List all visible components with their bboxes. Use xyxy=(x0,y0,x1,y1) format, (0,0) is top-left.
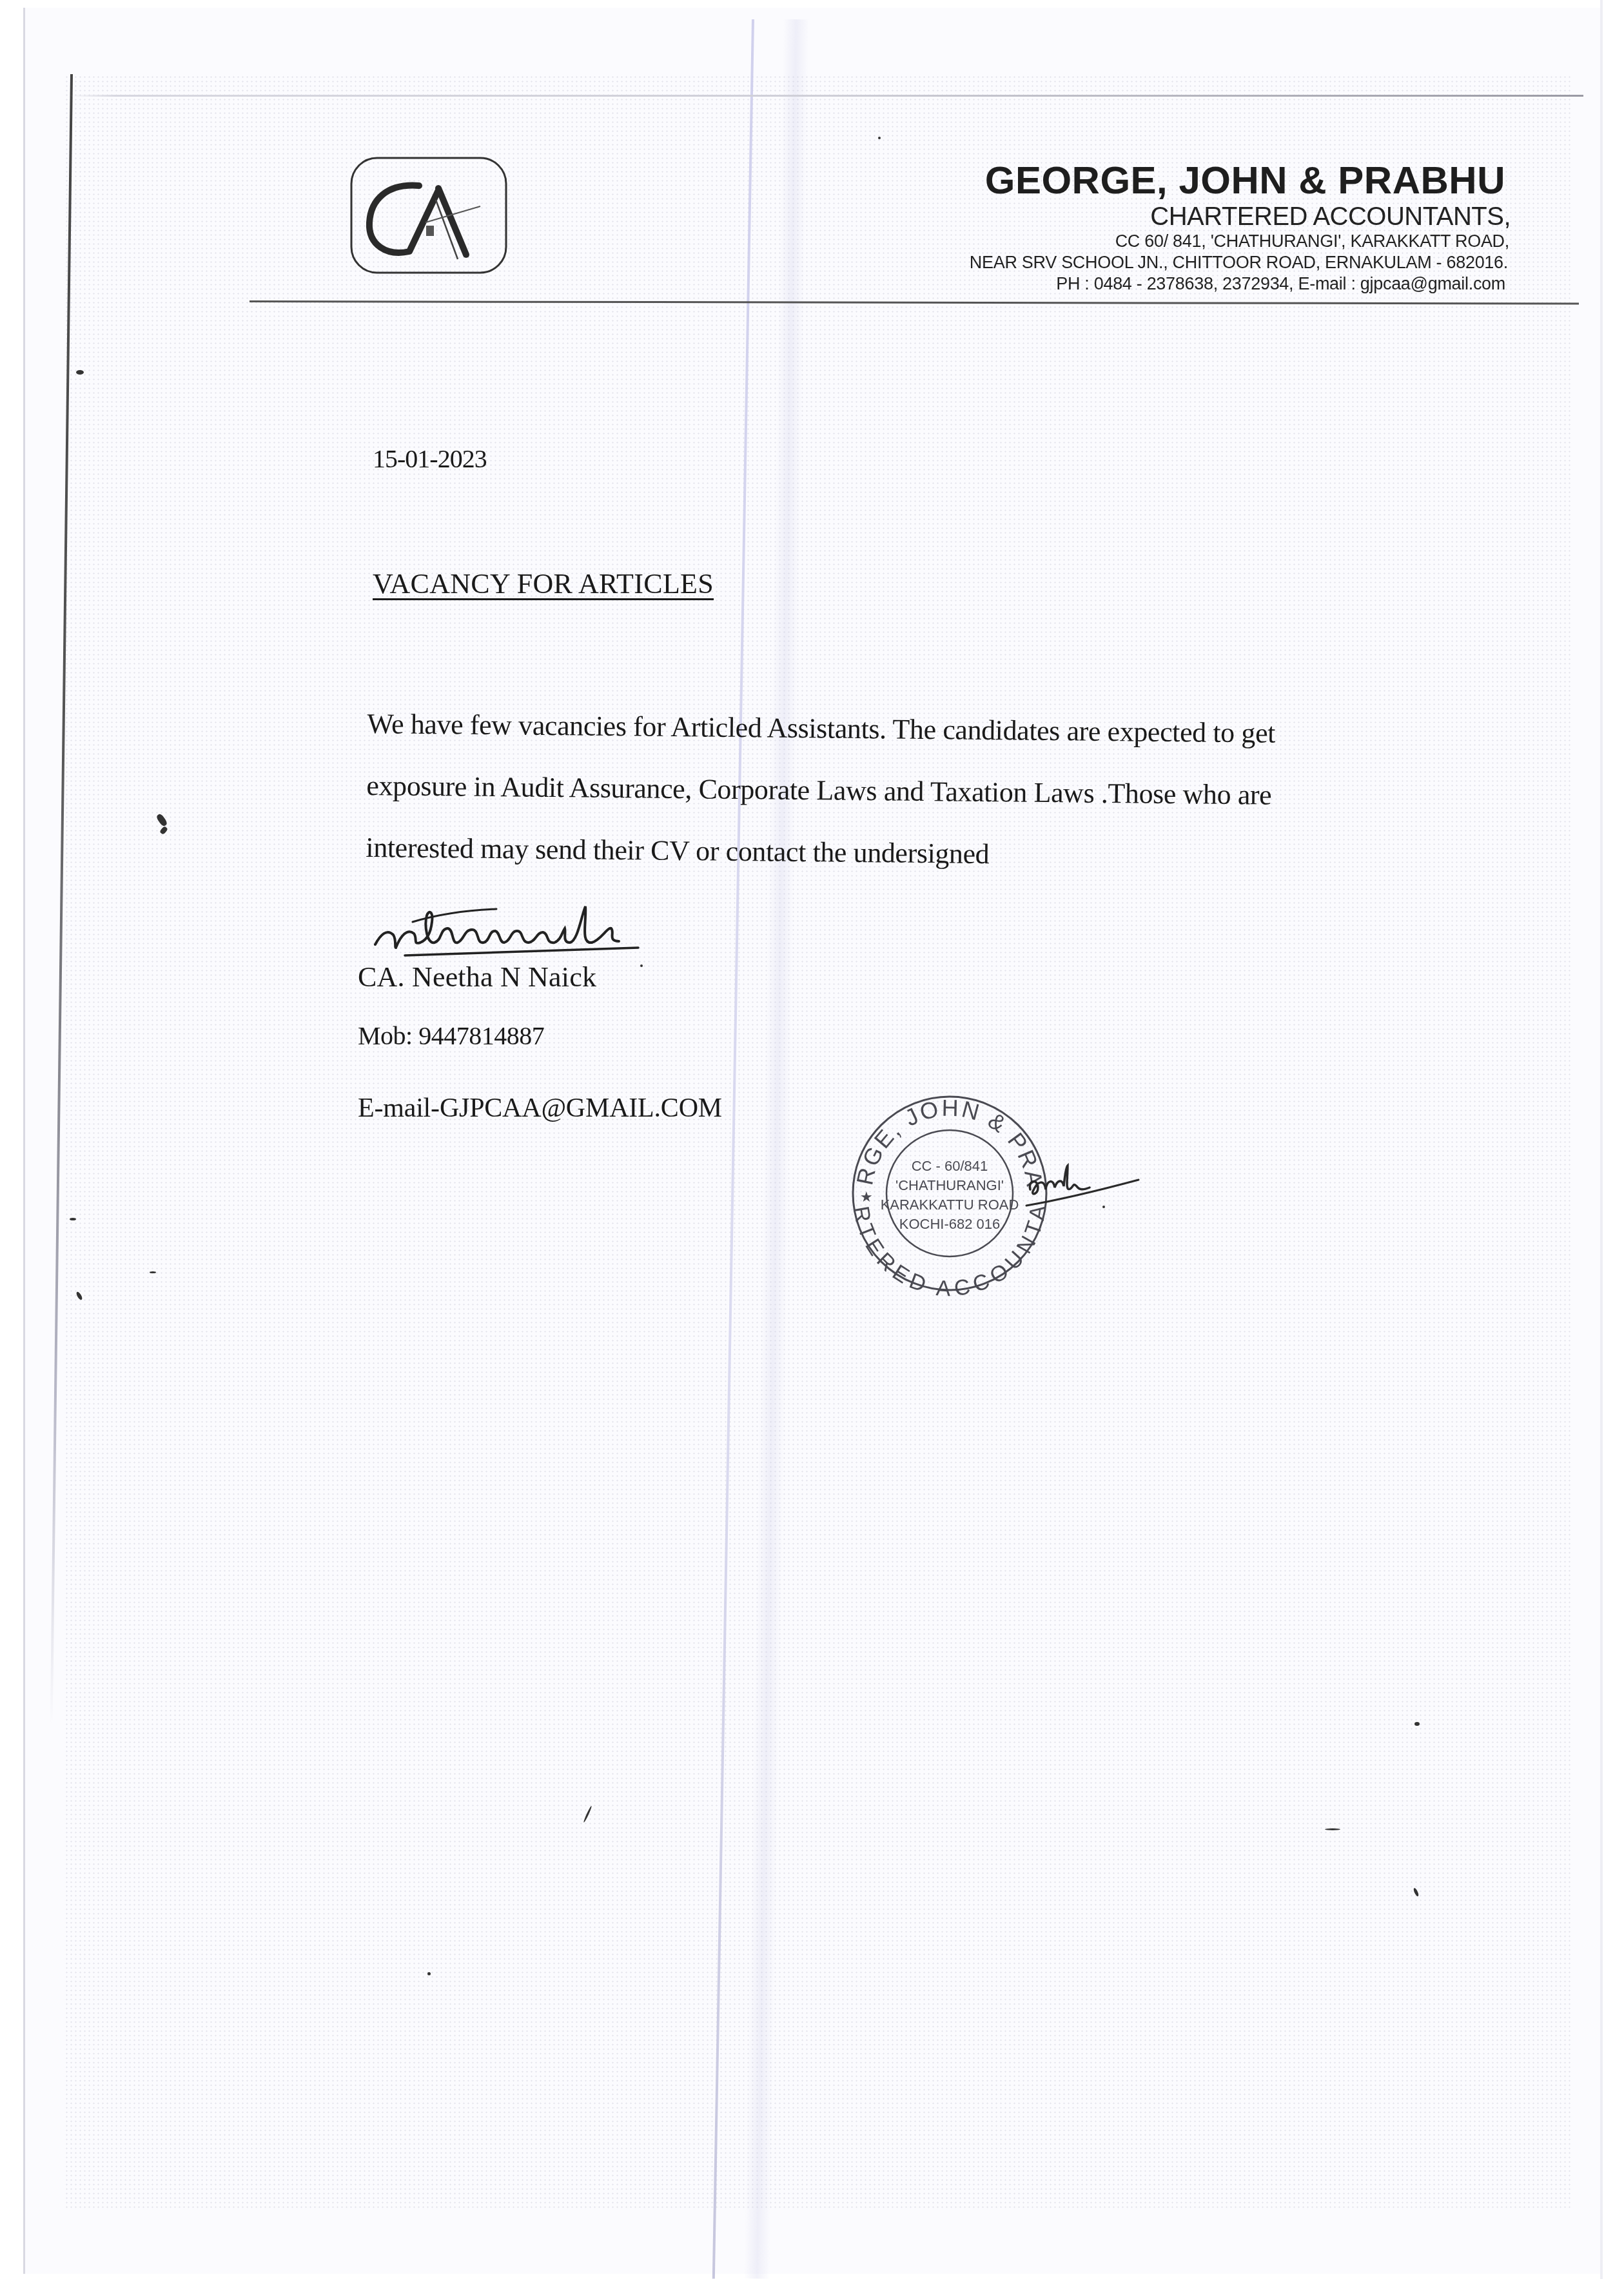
stamp-initials-signature xyxy=(1025,1160,1141,1218)
page-border-top xyxy=(70,95,1583,97)
signature-text: nethanaick xyxy=(367,883,371,884)
stamp-ring-top: GEORGE, JOHN & PRABHU xyxy=(843,1087,1048,1189)
body-line-1: We have few vacancies for Articled Assis… xyxy=(367,693,1438,766)
letter-date: 15-01-2023 xyxy=(373,444,487,474)
firm-address-line-1: CC 60/ 841, 'CHATHURANGI', KARAKKATT ROA… xyxy=(970,231,1509,252)
page-edge-right xyxy=(1600,0,1603,2279)
stamp-star-icon: ★ xyxy=(860,1189,873,1205)
stamp-inner-line-1: CC - 60/841 xyxy=(912,1158,988,1174)
letterhead-firm-block: GEORGE, JOHN & PRABHU CHARTERED ACCOUNTA… xyxy=(970,159,1505,295)
scan-speck xyxy=(150,1271,156,1273)
stamp-inner-line-3: KARAKKATTU ROAD xyxy=(881,1197,1019,1213)
scan-speck xyxy=(1325,1828,1340,1830)
body-line-3: interested may send their CV or contact … xyxy=(366,817,1436,890)
scan-speck xyxy=(70,1218,76,1220)
scan-speck xyxy=(1414,1722,1420,1726)
logo-text: CA xyxy=(348,155,349,155)
body-line-2: exposure in Audit Assurance, Corporate L… xyxy=(366,755,1437,828)
scan-speck xyxy=(878,137,881,139)
ca-logo-icon: CA xyxy=(348,155,509,277)
page-edge-left xyxy=(23,8,25,2274)
firm-type: CHARTERED ACCOUNTANTS, xyxy=(970,202,1511,231)
signatory-mobile: Mob: 9447814887 xyxy=(358,1021,544,1051)
letter-subject: VACANCY FOR ARTICLES xyxy=(373,567,714,600)
svg-text:GEORGE, JOHN & PRABHU: GEORGE, JOHN & PRABHU xyxy=(843,1087,1048,1189)
firm-address-line-2: NEAR SRV SCHOOL JN., CHITTOOR ROAD, ERNA… xyxy=(970,252,1508,273)
letter-body: We have few vacancies for Articled Assis… xyxy=(366,693,1438,890)
firm-stamp: GEORGE, JOHN & PRABHU CHARTERED ACCOUNTA… xyxy=(843,1087,1056,1300)
scan-speck xyxy=(76,370,84,375)
scan-speck xyxy=(427,1972,431,1975)
halftone-texture xyxy=(64,75,1573,2209)
firm-contact-line: PH : 0484 - 2378638, 2372934, E-mail : g… xyxy=(970,273,1505,295)
stamp-inner-line-4: KOCHI-682 016 xyxy=(899,1216,1001,1232)
handwritten-signature: nethanaick xyxy=(367,883,677,967)
stamp-inner-line-2: 'CHATHURANGI' xyxy=(895,1177,1004,1193)
firm-name: GEORGE, JOHN & PRABHU xyxy=(970,159,1505,202)
signatory-name: CA. Neetha N Naick xyxy=(358,961,596,993)
signatory-email: E-mail-GJPCAA@GMAIL.COM xyxy=(358,1093,722,1124)
